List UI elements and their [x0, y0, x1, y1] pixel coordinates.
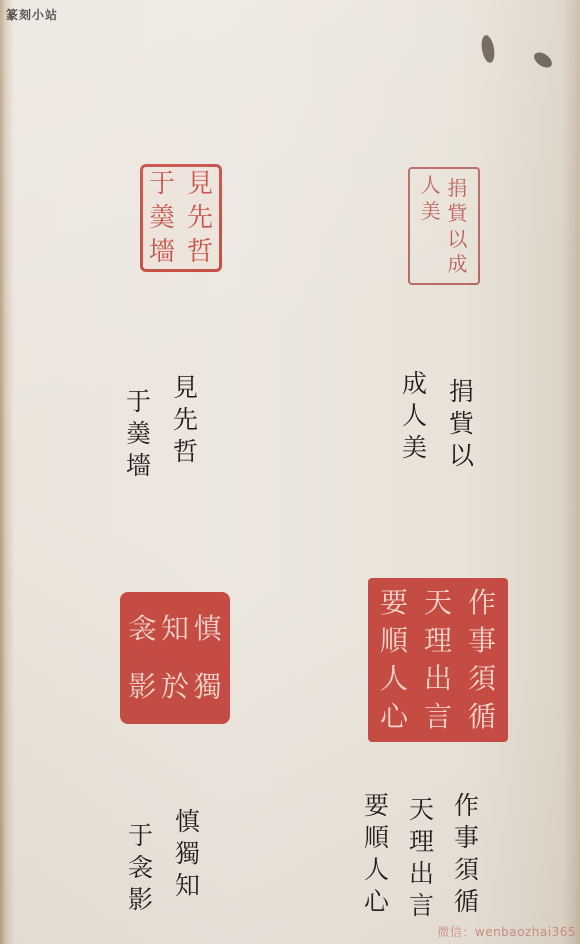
caption-char: 先 — [173, 404, 198, 436]
site-watermark: 篆刻小站 — [6, 6, 58, 23]
seal-char: 天 — [424, 589, 452, 617]
seal-char: 須 — [468, 665, 496, 693]
caption-char: 成 — [402, 368, 427, 400]
seal-jian-xian-zhe: 見 先 哲 于 羮 墻 — [140, 164, 222, 272]
caption-char: 循 — [454, 886, 479, 918]
caption-char: 理 — [409, 826, 434, 858]
caption-column: 成 人 美 — [402, 368, 427, 472]
seal-char: 于 — [149, 171, 175, 197]
caption-char: 羮 — [126, 418, 151, 450]
caption-juan-zi-yi: 捐 貲 以 成 人 美 — [402, 368, 474, 472]
seal-char: 人 — [421, 175, 441, 195]
caption-char: 獨 — [175, 838, 200, 870]
wechat-watermark: 微信：wenbaozhai365 — [437, 923, 576, 940]
seal-column: 衾 影 — [128, 600, 156, 716]
caption-column: 要 順 人 心 — [364, 790, 389, 922]
seal-char: 羮 — [149, 205, 175, 231]
seal-zuo-shi-xu-xun: 作 事 須 循 天 理 出 言 要 順 人 心 — [368, 578, 508, 742]
seal-column: 見 先 哲 — [187, 167, 213, 269]
caption-column: 作 事 須 循 — [454, 790, 479, 922]
caption-column: 天 理 出 言 — [409, 794, 434, 922]
caption-char: 須 — [454, 854, 479, 886]
caption-zuo-shi-xu-xun: 作 事 須 循 天 理 出 言 要 順 人 心 — [364, 790, 479, 922]
caption-column: 捐 貲 以 — [449, 376, 474, 472]
caption-char: 心 — [364, 886, 389, 918]
caption-char: 于 — [128, 820, 153, 852]
ink-stain — [480, 34, 497, 64]
seal-char: 影 — [128, 673, 156, 701]
seal-shen-du-zhi: 慎 獨 知 於 衾 影 — [120, 592, 230, 724]
seal-char: 心 — [380, 703, 408, 731]
seal-char: 先 — [187, 205, 213, 231]
caption-column: 于 衾 影 — [128, 820, 153, 916]
seal-column: 作 事 須 循 — [468, 584, 496, 736]
caption-jian-xian-zhe: 見 先 哲 于 羮 墻 — [126, 372, 198, 482]
seal-char: 衾 — [128, 615, 156, 643]
caption-char: 慎 — [175, 806, 200, 838]
caption-char: 捐 — [449, 376, 474, 408]
seal-column: 要 順 人 心 — [380, 584, 408, 736]
caption-char: 哲 — [173, 436, 198, 468]
seal-juan-zi-yi: 捐 貲 以 成 人 美 — [408, 167, 480, 285]
caption-char: 天 — [409, 794, 434, 826]
caption-char: 墻 — [126, 450, 151, 482]
caption-column: 慎 獨 知 — [175, 806, 200, 916]
caption-char: 于 — [126, 386, 151, 418]
seal-char: 美 — [421, 201, 441, 221]
caption-char: 順 — [364, 822, 389, 854]
seal-column: 知 於 — [161, 600, 189, 716]
caption-char: 出 — [409, 858, 434, 890]
seal-char: 慎 — [194, 615, 222, 643]
caption-char: 見 — [173, 372, 198, 404]
seal-char: 知 — [161, 615, 189, 643]
seal-char: 言 — [424, 703, 452, 731]
seal-column: 捐 貲 以 成 — [447, 175, 467, 277]
caption-char: 人 — [402, 400, 427, 432]
seal-char: 成 — [447, 254, 467, 274]
seal-char: 貲 — [447, 203, 467, 223]
caption-char: 影 — [128, 884, 153, 916]
seal-char: 以 — [447, 229, 467, 249]
caption-char: 人 — [364, 854, 389, 886]
seal-char: 哲 — [187, 239, 213, 265]
seal-char: 理 — [424, 627, 452, 655]
seal-char: 事 — [468, 627, 496, 655]
seal-char: 人 — [380, 665, 408, 693]
caption-shen-du-zhi: 慎 獨 知 于 衾 影 — [128, 806, 200, 916]
seal-char: 獨 — [194, 673, 222, 701]
caption-char: 美 — [402, 432, 427, 464]
seal-char: 循 — [468, 703, 496, 731]
seal-char: 作 — [468, 589, 496, 617]
caption-char: 知 — [175, 870, 200, 902]
caption-char: 事 — [454, 822, 479, 854]
seal-column: 人 美 — [421, 175, 441, 221]
album-page: 篆刻小站 見 先 哲 于 羮 墻 捐 貲 以 成 人 美 見 先 — [0, 0, 580, 944]
seal-char: 見 — [187, 171, 213, 197]
caption-char: 以 — [449, 440, 474, 472]
caption-char: 言 — [409, 890, 434, 922]
caption-char: 要 — [364, 790, 389, 822]
caption-column: 見 先 哲 — [173, 372, 198, 482]
caption-char: 衾 — [128, 852, 153, 884]
seal-char: 墻 — [149, 239, 175, 265]
caption-char: 作 — [454, 790, 479, 822]
caption-column: 于 羮 墻 — [126, 386, 151, 482]
seal-column: 天 理 出 言 — [424, 584, 452, 736]
caption-char: 貲 — [449, 408, 474, 440]
seal-column: 慎 獨 — [194, 600, 222, 716]
seal-char: 出 — [424, 665, 452, 693]
seal-char: 要 — [380, 589, 408, 617]
seal-char: 順 — [380, 627, 408, 655]
seal-char: 於 — [161, 673, 189, 701]
ink-stain — [531, 49, 554, 70]
seal-column: 于 羮 墻 — [149, 167, 175, 269]
seal-char: 捐 — [447, 178, 467, 198]
